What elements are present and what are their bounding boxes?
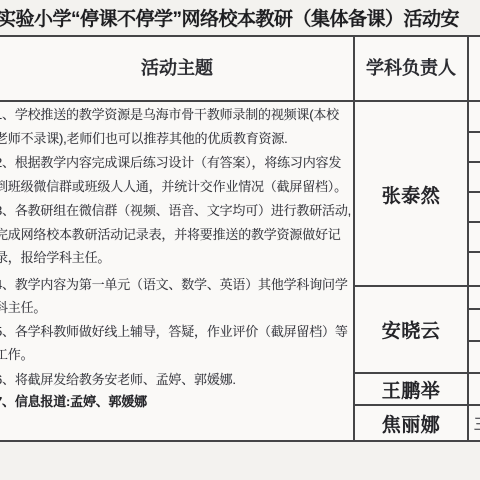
theme-line: 5、各学科教师做好线上辅导，答疑，作业评价（截屏留档）等 <box>0 320 353 344</box>
leader-cell-4: 焦丽娜 <box>355 410 467 437</box>
theme-line: 6、将截屏发给教务安老师、孟婷、郭媛娜. <box>0 368 353 392</box>
document-photo: 实验小学“停课不停学”网络校本教研（集体备课）活动安 活动主题 学科负责人 1、… <box>0 0 480 480</box>
column-header-leader: 学科负责人 <box>354 56 468 80</box>
theme-line: 工作。 <box>0 343 353 367</box>
theme-line: 科主任。 <box>0 296 353 320</box>
leader-cell-1: 张泰然 <box>355 181 467 208</box>
theme-line: 录，报给学科主任。 <box>0 246 353 270</box>
leader-cell-3: 王鹏举 <box>355 376 467 403</box>
page-title: 实验小学“停课不停学”网络校本教研（集体备课）活动安 <box>0 4 480 31</box>
theme-line: 2、根据教学内容完成课后练习设计（有答案），将练习内容发 <box>0 151 353 175</box>
theme-line: 3、各教研组在微信群（视频、语音、文字均可）进行教研活动, <box>0 199 353 223</box>
theme-line: 完成网络校本教研活动记录表，并将要推送的教学资源做好记 <box>0 223 353 247</box>
theme-line: 4、教学内容为第一单元（语文、数学、英语）其他学科询问学 <box>0 273 353 297</box>
column-header-theme: 活动主题 <box>0 56 354 80</box>
leader-divider-2 <box>354 372 480 374</box>
theme-line: 老师不录课),老师们也可以推荐其他的优质教育资源. <box>0 127 353 151</box>
right-column-text-fragment: 三 <box>474 412 480 438</box>
table-bottom-border <box>0 440 480 442</box>
column-divider-2 <box>467 35 469 442</box>
leader-divider-1 <box>354 285 480 287</box>
theme-line: 到班级微信群或班级人人通，并统计交作业情况（截屏留档）。 <box>0 175 353 199</box>
leader-divider-3 <box>354 404 480 406</box>
leader-cell-2: 安晓云 <box>355 316 467 343</box>
theme-line: 1、学校推送的教学资源是乌海市骨干教师录制的视频课(本校 <box>0 103 353 127</box>
theme-cell: 1、学校推送的教学资源是乌海市骨干教师录制的视频课(本校 老师不录课),老师们也… <box>0 101 353 440</box>
theme-line-report: 7、信息报道:孟婷、郭媛娜 <box>0 390 353 414</box>
table-top-border <box>0 35 480 37</box>
